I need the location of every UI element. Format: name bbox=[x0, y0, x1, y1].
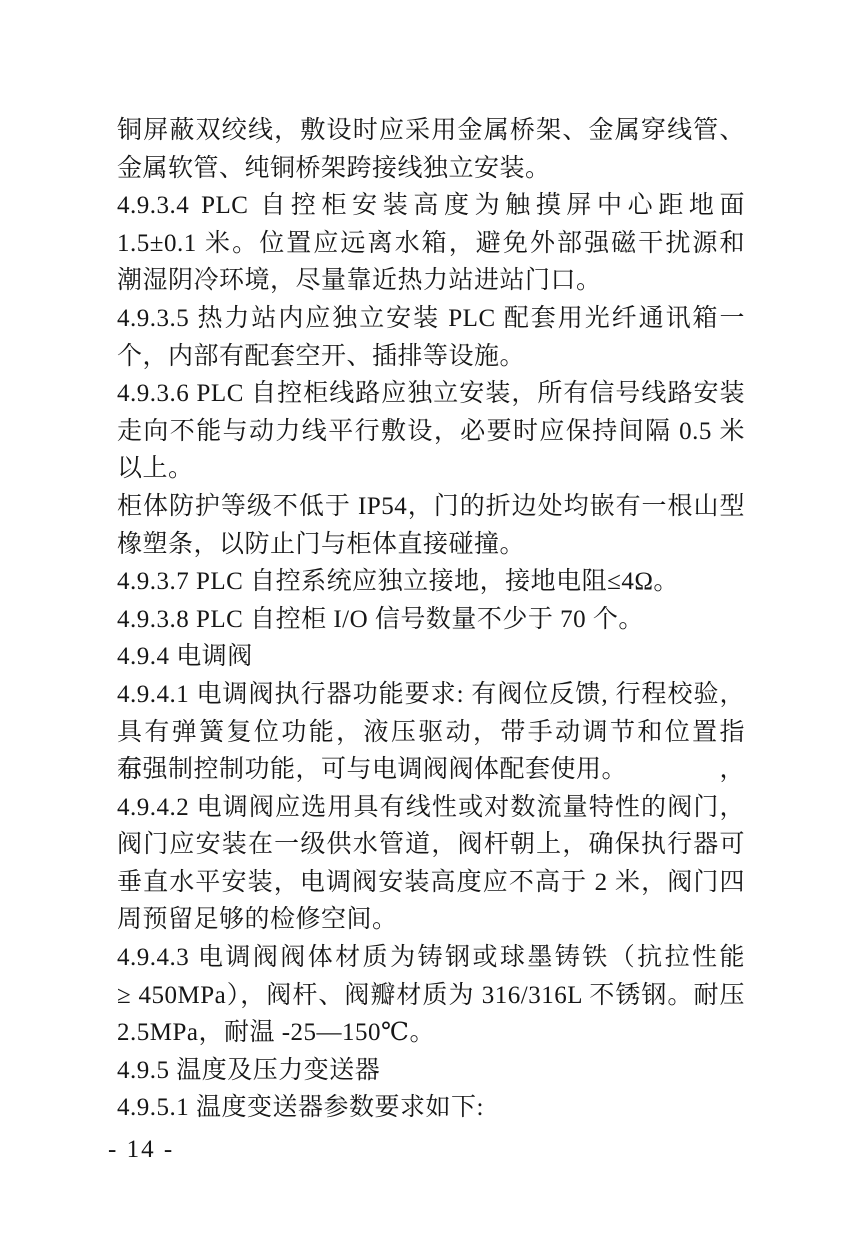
text-line: 4.9.5.1 温度变送器参数要求如下: bbox=[117, 1089, 745, 1127]
text-line: 潮湿阴冷环境，尽量靠近热力站进站门口。 bbox=[117, 262, 745, 300]
text-line: 金属软管、纯铜桥架跨接线独立安装。 bbox=[117, 150, 745, 188]
text-line: 个，内部有配套空开、插排等设施。 bbox=[117, 338, 745, 376]
text-line: 具有弹簧复位功能，液压驱动，带手动调节和位置指示， bbox=[117, 714, 745, 752]
text-line: 4.9.4.2 电调阀应选用具有线性或对数流量特性的阀门， bbox=[117, 789, 745, 827]
text-line: 4.9.3.6 PLC 自控柜线路应独立安装，所有信号线路安装 bbox=[117, 375, 745, 413]
text-line: 柜体防护等级不低于 IP54，门的折边处均嵌有一根山型 bbox=[117, 488, 745, 526]
text-line: 4.9.4 电调阀 bbox=[117, 638, 745, 676]
text-line: 1.5±0.1 米。位置应远离水箱，避免外部强磁干扰源和 bbox=[117, 225, 745, 263]
text-line: 橡塑条，以防止门与柜体直接碰撞。 bbox=[117, 526, 745, 564]
text-line: 4.9.4.1 电调阀执行器功能要求: 有阀位反馈, 行程校验， bbox=[117, 676, 745, 714]
text-line: 4.9.3.4 PLC 自控柜安装高度为触摸屏中心距地面 bbox=[117, 187, 745, 225]
text-line: 以上。 bbox=[117, 450, 745, 488]
text-line: ≥ 450MPa），阀杆、阀瓣材质为 316/316L 不锈钢。耐压 bbox=[117, 977, 745, 1015]
text-line: 4.9.3.7 PLC 自控系统应独立接地，接地电阻≤4Ω。 bbox=[117, 563, 745, 601]
text-line: 阀门应安装在一级供水管道，阀杆朝上，确保执行器可 bbox=[117, 826, 745, 864]
document-text-block: 铜屏蔽双绞线，敷设时应采用金属桥架、金属穿线管、金属软管、纯铜桥架跨接线独立安装… bbox=[117, 112, 745, 1127]
document-page: 铜屏蔽双绞线，敷设时应采用金属桥架、金属穿线管、金属软管、纯铜桥架跨接线独立安装… bbox=[0, 0, 857, 1241]
text-line: 铜屏蔽双绞线，敷设时应采用金属桥架、金属穿线管、 bbox=[117, 112, 745, 150]
text-line: 2.5MPa，耐温 -25—150℃。 bbox=[117, 1014, 745, 1052]
text-line: 4.9.3.5 热力站内应独立安装 PLC 配套用光纤通讯箱一 bbox=[117, 300, 745, 338]
text-line: 走向不能与动力线平行敷设，必要时应保持间隔 0.5 米 bbox=[117, 413, 745, 451]
text-line: 周预留足够的检修空间。 bbox=[117, 901, 745, 939]
text-line: 4.9.3.8 PLC 自控柜 I/O 信号数量不少于 70 个。 bbox=[117, 601, 745, 639]
page-number: - 14 - bbox=[108, 1131, 174, 1169]
text-line: 4.9.5 温度及压力变送器 bbox=[117, 1052, 745, 1090]
text-line: 垂直水平安装，电调阀安装高度应不高于 2 米，阀门四 bbox=[117, 864, 745, 902]
text-line: 4.9.4.3 电调阀阀体材质为铸钢或球墨铸铁（抗拉性能 bbox=[117, 939, 745, 977]
